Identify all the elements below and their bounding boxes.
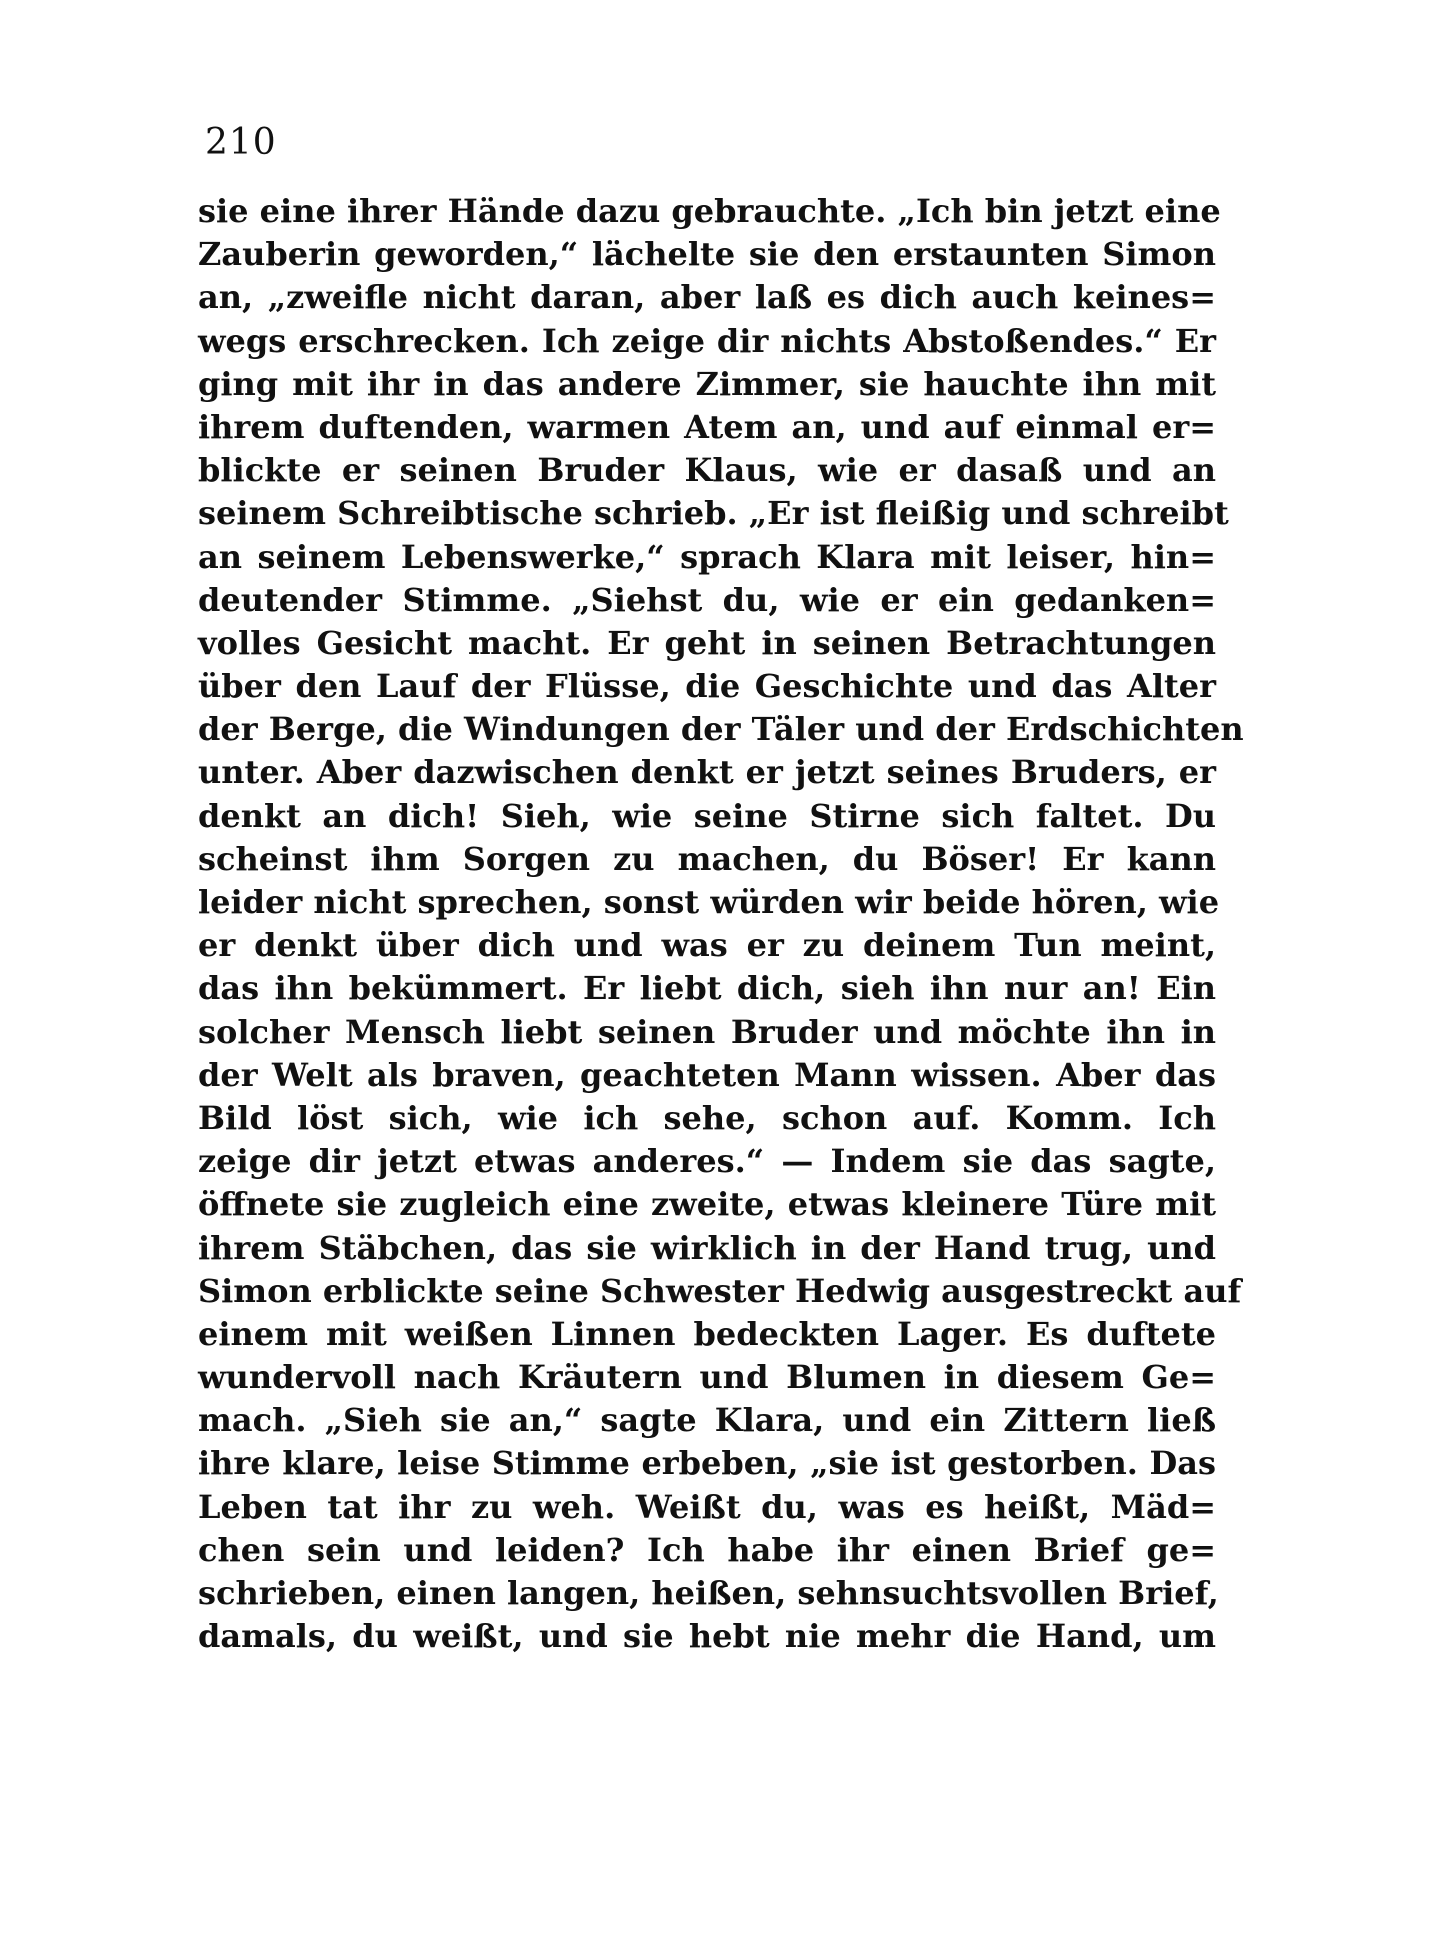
text-line: an, „zweifle nicht daran, aber laß es di… (198, 276, 1216, 319)
text-line: solcher Mensch liebt seinen Bruder und m… (198, 1011, 1216, 1054)
text-line: chen sein und leiden? Ich habe ihr einen… (198, 1529, 1216, 1572)
text-line: sie eine ihrer Hände dazu gebrauchte. „I… (198, 190, 1216, 233)
text-line: deutender Stimme. „Siehst du, wie er ein… (198, 579, 1216, 622)
text-line: einem mit weißen Linnen bedeckten Lager.… (198, 1313, 1216, 1356)
text-line: an seinem Lebenswerke,“ sprach Klara mit… (198, 536, 1216, 579)
text-line: das ihn bekümmert. Er liebt dich, sieh i… (198, 967, 1216, 1010)
text-line: Zauberin geworden,“ lächelte sie den ers… (198, 233, 1216, 276)
page-number: 210 (205, 122, 277, 163)
text-line: Bild löst sich, wie ich sehe, schon auf.… (198, 1097, 1216, 1140)
text-line: ihrem Stäbchen, das sie wirklich in der … (198, 1227, 1216, 1270)
text-line: ihre klare, leise Stimme erbeben, „sie i… (198, 1442, 1216, 1485)
text-line: zeige dir jetzt etwas anderes.“ — Indem … (198, 1140, 1216, 1183)
text-line: ihrem duftenden, warmen Atem an, und auf… (198, 406, 1216, 449)
text-line: schrieben, einen langen, heißen, sehnsuc… (198, 1572, 1216, 1615)
text-line: öffnete sie zugleich eine zweite, etwas … (198, 1183, 1216, 1226)
text-line: leider nicht sprechen, sonst würden wir … (198, 881, 1216, 924)
text-line: der Welt als braven, geachteten Mann wis… (198, 1054, 1216, 1097)
text-line: der Berge, die Windungen der Täler und d… (198, 708, 1216, 751)
text-line: scheinst ihm Sorgen zu machen, du Böser!… (198, 838, 1216, 881)
text-line: damals, du weißt, und sie hebt nie mehr … (198, 1615, 1216, 1658)
text-line: mach. „Sieh sie an,“ sagte Klara, und ei… (198, 1399, 1216, 1442)
text-line: wundervoll nach Kräutern und Blumen in d… (198, 1356, 1216, 1399)
body-text: sie eine ihrer Hände dazu gebrauchte. „I… (198, 190, 1216, 1658)
text-line: er denkt über dich und was er zu deinem … (198, 924, 1216, 967)
book-page: 210 sie eine ihrer Hände dazu gebrauchte… (0, 0, 1430, 1948)
text-line: Simon erblickte seine Schwester Hedwig a… (198, 1270, 1216, 1313)
text-line: ging mit ihr in das andere Zimmer, sie h… (198, 363, 1216, 406)
text-line: über den Lauf der Flüsse, die Geschichte… (198, 665, 1216, 708)
text-line: blickte er seinen Bruder Klaus, wie er d… (198, 449, 1216, 492)
text-line: unter. Aber dazwischen denkt er jetzt se… (198, 751, 1216, 794)
text-line: seinem Schreibtische schrieb. „Er ist fl… (198, 492, 1216, 535)
text-line: volles Gesicht macht. Er geht in seinen … (198, 622, 1216, 665)
text-line: Leben tat ihr zu weh. Weißt du, was es h… (198, 1486, 1216, 1529)
text-line: denkt an dich! Sieh, wie seine Stirne si… (198, 795, 1216, 838)
text-line: wegs erschrecken. Ich zeige dir nichts A… (198, 320, 1216, 363)
